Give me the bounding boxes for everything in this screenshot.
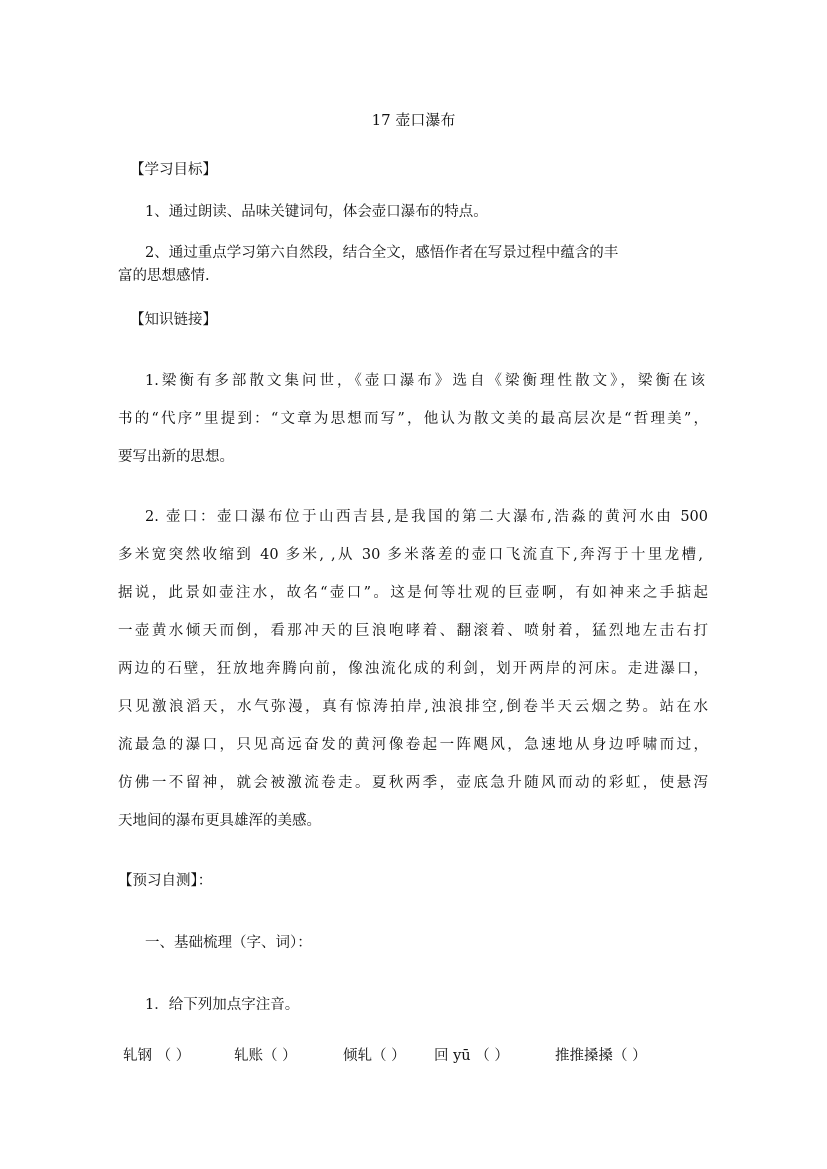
knowledge-para2-line: 一壶黄水倾天而倒，看那冲天的巨浪咆哮着、翻滚着、喷射着，猛烈地左击右打	[118, 621, 708, 641]
knowledge-heading: 【知识链接】	[130, 310, 217, 330]
preview-heading: 【预习自测】：	[118, 871, 212, 891]
knowledge-para1-line: 书的“代序”里提到：“文章为思想而写”，他认为散文美的最高层次是“哲理美”，	[118, 409, 708, 429]
knowledge-para1-line: 1.梁衡有多部散文集问世，《壶口瀑布》选自《梁衡理性散文》，梁衡在该	[145, 371, 705, 391]
objective-item-1: 1、通过朗读、品味关键词句，体会壶口瀑布的特点。	[145, 202, 488, 222]
preview-question-1: 1．给下列加点字注音。	[145, 995, 299, 1015]
document-page: 17 壶口瀑布 【学习目标】 1、通过朗读、品味关键词句，体会壶口瀑布的特点。 …	[0, 0, 827, 1169]
objective-item-2: 2、通过重点学习第六自然段，结合全文，感悟作者在写景过程中蕴含的丰	[145, 243, 618, 263]
pinyin-item: 推推搡搡（ ）	[555, 1046, 647, 1066]
document-title: 17 壶口瀑布	[0, 110, 827, 130]
objective-item-2-cont: 富的思想感情.	[118, 266, 210, 286]
pinyin-item: 轧账（ ）	[234, 1046, 297, 1066]
pinyin-item: 回 yū （ ）	[434, 1046, 509, 1066]
knowledge-para2-line: 仿佛一不留神，就会被激流卷走。夏秋两季，壶底急升随风而动的彩虹，使悬泻	[118, 773, 708, 793]
knowledge-para2-line: 两边的石壁，狂放地奔腾向前，像浊流化成的利剑，划开两岸的河床。走进瀑口，	[118, 659, 708, 679]
knowledge-para2-line: 流最急的瀑口，只见高远奋发的黄河像卷起一阵飓风，急速地从身边呼啸而过，	[118, 735, 708, 755]
knowledge-para2-line: 多米宽突然收缩到 40 多米, ,从 30 多米落差的壶口飞流直下,奔泻于十里龙…	[118, 545, 703, 565]
objectives-heading: 【学习目标】	[130, 160, 217, 180]
knowledge-para2-line: 2. 壶口：壶口瀑布位于山西吉县,是我国的第二大瀑布,浩淼的黄河水由 500	[145, 507, 708, 527]
knowledge-para2-line: 据说，此景如壶注水，故名“壶口”。这是何等壮观的巨壶啊，有如神来之手掂起	[118, 583, 708, 603]
knowledge-para1-line: 要写出新的思想。	[118, 447, 234, 467]
knowledge-para2-line: 只见激浪滔天，水气弥漫，真有惊涛拍岸,浊浪排空,倒卷半天云烟之势。站在水	[118, 697, 708, 717]
preview-subheading: 一、基础梳理（字、词）：	[145, 933, 312, 953]
knowledge-para2-line: 天地间的瀑布更具雄浑的美感。	[118, 811, 321, 831]
pinyin-item: 轧钢 （ ）	[123, 1046, 190, 1066]
pinyin-item: 倾轧（ ）	[343, 1046, 406, 1066]
